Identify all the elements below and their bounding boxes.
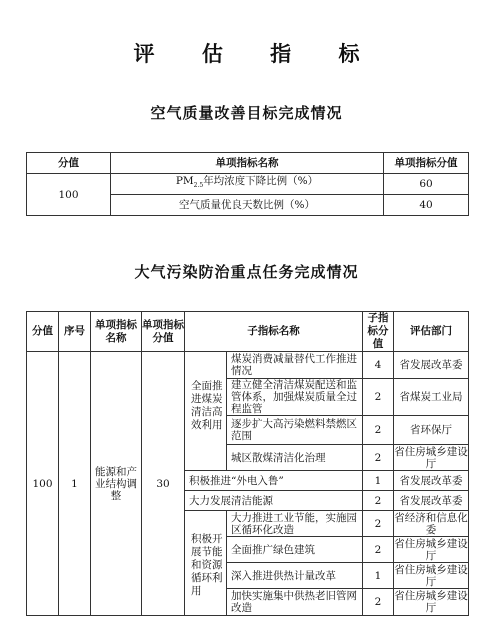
header-score: 分值 <box>27 153 111 174</box>
indicator-value: 60 <box>384 174 469 195</box>
pm-subscript: 2.5 <box>194 183 204 190</box>
sub-indicator-name: 煤炭消费减量替代工作推进情况 <box>227 352 363 379</box>
pm-label: PM <box>176 175 194 187</box>
table-row: 100 PM2.5年均浓度下降比例（%） 60 <box>27 174 469 195</box>
sub-indicator-name: 加快实施集中供热老旧管网改造 <box>227 589 363 616</box>
pollution-tasks-table: 分值 序号 单项指标名称 单项指标分值 子指标名称 子指标分值 评估部门 100… <box>26 311 469 616</box>
header-indicator-name: 单项指标名称 <box>91 312 142 352</box>
sub-indicator-name: 城区散煤清洁化治理 <box>227 445 363 471</box>
score-cell: 100 <box>27 174 111 216</box>
indicator-name: PM2.5年均浓度下降比例（%） <box>111 174 384 195</box>
sub-indicator-value: 2 <box>363 537 394 563</box>
sub-indicator-value: 2 <box>363 511 394 537</box>
department: 省发展改革委 <box>394 491 469 511</box>
sub-indicator-value: 1 <box>363 471 394 491</box>
sub-indicator-name: 深入推进供热计量改革 <box>227 563 363 589</box>
sub-indicator-value: 4 <box>363 352 394 379</box>
section-title-pollution-tasks: 大气污染防治重点任务完成情况 <box>0 261 493 282</box>
sub-indicator-name: 逐步扩大高污染燃料禁燃区范围 <box>227 416 363 445</box>
table-row: 100 1 能源和产业结构调整 30 全面推进煤炭清洁高效利用 煤炭消费减量替代… <box>27 352 469 379</box>
sub-indicator-value: 2 <box>363 491 394 511</box>
header-indicator-value: 单项指标分值 <box>142 312 185 352</box>
header-department: 评估部门 <box>394 312 469 352</box>
department: 省住房城乡建设厅 <box>394 563 469 589</box>
sub-indicator-name: 建立健全清洁煤炭配送和监管体系，加强煤炭质量全过程监管 <box>227 379 363 416</box>
header-index: 序号 <box>59 312 91 352</box>
header-score: 分值 <box>27 312 59 352</box>
department: 省住房城乡建设厅 <box>394 537 469 563</box>
indicator-name-cell: 能源和产业结构调整 <box>91 352 142 616</box>
page-title: 评 估 指 标 <box>0 38 493 68</box>
department: 省发展改革委 <box>394 471 469 491</box>
sub-indicator-name: 大力推进工业节能，实施园区循环化改造 <box>227 511 363 537</box>
sub-indicator-name: 全面推广绿色建筑 <box>227 537 363 563</box>
category-cell: 积极开展节能和资源循环利用 <box>185 511 227 616</box>
department: 省煤炭工业局 <box>394 379 469 416</box>
department: 省住房城乡建设厅 <box>394 445 469 471</box>
category-cell: 全面推进煤炭清洁高效利用 <box>185 352 227 471</box>
department: 省环保厅 <box>394 416 469 445</box>
header-indicator-name: 单项指标名称 <box>111 153 384 174</box>
sub-indicator-value: 2 <box>363 589 394 616</box>
section-title-air-quality: 空气质量改善目标完成情况 <box>0 102 493 123</box>
department: 省经济和信息化委 <box>394 511 469 537</box>
indicator-name: 空气质量优良天数比例（%） <box>111 195 384 216</box>
indicator-value-cell: 30 <box>142 352 185 616</box>
index-cell: 1 <box>59 352 91 616</box>
sub-indicator-value: 2 <box>363 445 394 471</box>
header-sub-indicator-name: 子指标名称 <box>185 312 363 352</box>
sub-indicator-value: 2 <box>363 379 394 416</box>
sub-indicator-value: 1 <box>363 563 394 589</box>
indicator-value: 40 <box>384 195 469 216</box>
table-header-row: 分值 单项指标名称 单项指标分值 <box>27 153 469 174</box>
sub-indicator-value: 2 <box>363 416 394 445</box>
table-header-row: 分值 序号 单项指标名称 单项指标分值 子指标名称 子指标分值 评估部门 <box>27 312 469 352</box>
header-indicator-value: 单项指标分值 <box>384 153 469 174</box>
air-quality-table: 分值 单项指标名称 单项指标分值 100 PM2.5年均浓度下降比例（%） 60… <box>26 152 469 216</box>
indicator-name-text: 年均浓度下降比例（%） <box>203 175 318 187</box>
header-sub-indicator-value: 子指标分值 <box>363 312 394 352</box>
department: 省住房城乡建设厅 <box>394 589 469 616</box>
department: 省发展改革委 <box>394 352 469 379</box>
score-cell: 100 <box>27 352 59 616</box>
sub-indicator-name: 积极推进“外电入鲁” <box>185 471 363 491</box>
sub-indicator-name: 大力发展清洁能源 <box>185 491 363 511</box>
